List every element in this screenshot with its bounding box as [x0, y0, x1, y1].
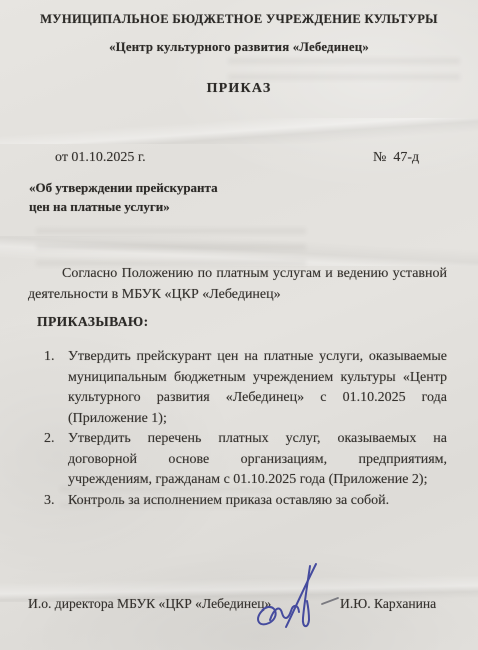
paper-crease [0, 118, 478, 144]
paper-crease [0, 236, 478, 266]
order-item-text: Утвердить перечень платных услуг, оказыв… [68, 429, 447, 491]
order-item-number: 2. [44, 429, 68, 491]
order-item-number: 3. [44, 491, 68, 512]
order-item-number: 1. [44, 347, 68, 429]
order-date: от 01.10.2025 г. [55, 150, 146, 166]
order-number: № 47-д [373, 150, 419, 166]
order-item-3: 3. Контроль за исполнением приказа остав… [44, 491, 447, 512]
signer-position-title: И.о. директора МБУК «ЦКР «Лебединец» [28, 596, 271, 612]
scanned-order-document: МУНИЦИПАЛЬНОЕ БЮДЖЕТНОЕ УЧРЕЖДЕНИЕ КУЛЬТ… [0, 0, 478, 650]
order-item-text: Утвердить прейскурант цен на платные усл… [68, 347, 447, 429]
organization-name-line2: «Центр культурного развития «Лебединец» [0, 40, 478, 55]
document-type-title: ПРИКАЗ [0, 81, 478, 97]
signer-name: И.Ю. Карханина [340, 596, 436, 612]
order-item-2: 2. Утвердить перечень платных услуг, ока… [44, 429, 447, 491]
order-subject-line2: цен на платные услуги» [29, 198, 218, 217]
order-subject: «Об утверждении прейскуранта цен на плат… [29, 179, 218, 216]
handwritten-signature-icon [248, 556, 348, 640]
intro-paragraph: Согласно Положению по платным услугам и … [28, 263, 447, 305]
order-item-text: Контроль за исполнением приказа оставляю… [68, 491, 447, 512]
order-items-list: 1. Утвердить прейскурант цен на платные … [44, 347, 447, 511]
order-keyword: ПРИКАЗЫВАЮ: [37, 314, 149, 330]
order-item-1: 1. Утвердить прейскурант цен на платные … [44, 347, 447, 429]
order-subject-line1: «Об утверждении прейскуранта [29, 179, 218, 198]
organization-name-line1: МУНИЦИПАЛЬНОЕ БЮДЖЕТНОЕ УЧРЕЖДЕНИЕ КУЛЬТ… [0, 12, 478, 27]
